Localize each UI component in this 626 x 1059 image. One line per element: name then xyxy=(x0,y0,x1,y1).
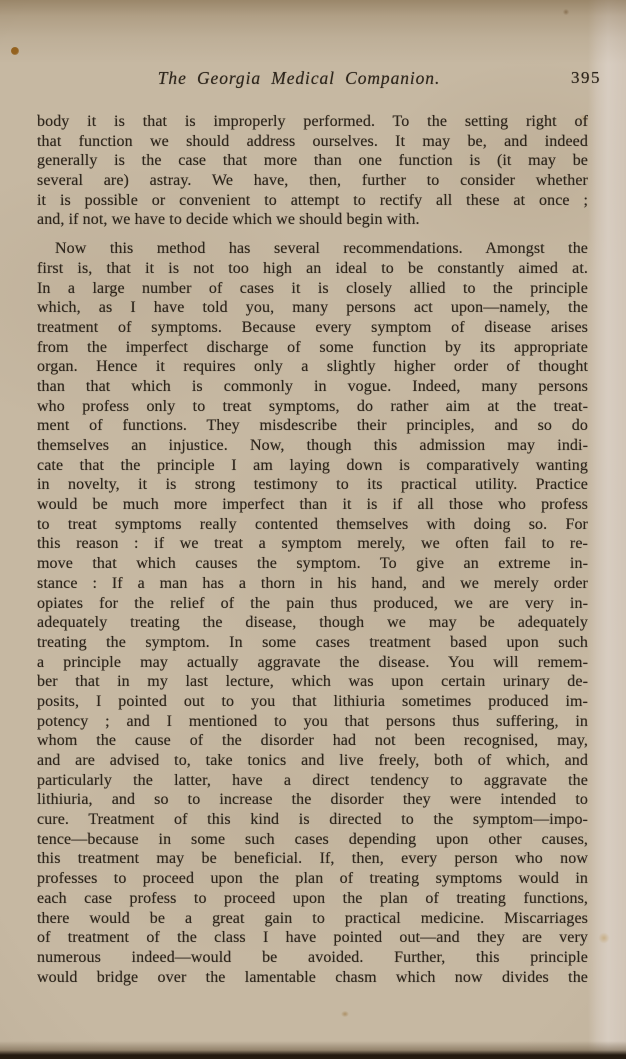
text-line: this reason : if we treat a symptom mere… xyxy=(37,534,588,554)
text-line: ber that in my last lecture, which was u… xyxy=(37,672,588,692)
text-line: there would be a great gain to practical… xyxy=(37,909,588,929)
page-number: 395 xyxy=(571,66,601,90)
text-line: and are advised to, take tonics and live… xyxy=(37,751,588,771)
text-line: treatment of symptoms. Because every sym… xyxy=(37,318,588,338)
text-line: adequately treating the disease, though … xyxy=(37,613,588,633)
foxing-dot xyxy=(11,47,19,55)
text-line: cure. Treatment of this kind is directed… xyxy=(37,810,588,830)
text-line: potency ; and I mentioned to you that pe… xyxy=(37,712,588,732)
text-line: particularly the latter, have a direct t… xyxy=(37,771,588,791)
text-line: body it is that is improperly performed.… xyxy=(37,112,588,132)
text-line: ment of functions. They misdescribe thei… xyxy=(37,416,588,436)
text-line: from the imperfect discharge of some fun… xyxy=(37,338,588,358)
text-line: first is, that it is not too high an ide… xyxy=(37,259,588,279)
text-line: treating the symptom. In some cases trea… xyxy=(37,633,588,653)
paragraph: Now this method has several recommendati… xyxy=(37,239,588,987)
journal-title: The Georgia Medical Companion. xyxy=(37,66,561,90)
text-line: organ. Hence it requires only a slightly… xyxy=(37,357,588,377)
text-line: whom the cause of the disorder had not b… xyxy=(37,731,588,751)
running-header: The Georgia Medical Companion. 395 xyxy=(37,66,588,92)
text-line: generally is the case that more than one… xyxy=(37,151,588,171)
text-line: would bridge over the lamentable chasm w… xyxy=(37,968,588,988)
text-line: cate that the principle I am laying down… xyxy=(37,456,588,476)
text-line: posits, I pointed out to you that lithiu… xyxy=(37,692,588,712)
text-line: it is possible or convenient to attempt … xyxy=(37,191,588,211)
text-line: than that which is commonly in vogue. In… xyxy=(37,377,588,397)
text-line: who profess only to treat symptoms, do r… xyxy=(37,397,588,417)
text-line: opiates for the relief of the pain thus … xyxy=(37,594,588,614)
paragraph: body it is that is improperly performed.… xyxy=(37,112,588,230)
text-line: Now this method has several recommendati… xyxy=(37,239,588,259)
text-line: stance : If a man has a thorn in his han… xyxy=(37,574,588,594)
text-line: move that which causes the symptom. To g… xyxy=(37,554,588,574)
text-line: which, as I have told you, many persons … xyxy=(37,298,588,318)
text-line: would be much more imperfect than it is … xyxy=(37,495,588,515)
text-line: several are) astray. We have, then, furt… xyxy=(37,171,588,191)
text-line: professes to proceed upon the plan of tr… xyxy=(37,869,588,889)
book-page-scan: The Georgia Medical Companion. 395 body … xyxy=(0,0,626,1059)
text-line: and, if not, we have to decide which we … xyxy=(37,210,588,230)
text-line: tence—because in some such cases dependi… xyxy=(37,830,588,850)
text-line: In a large number of cases it is closely… xyxy=(37,279,588,299)
text-line: in novelty, it is strong testimony to it… xyxy=(37,475,588,495)
page-body: body it is that is improperly performed.… xyxy=(37,112,588,987)
text-line: to treat symptoms really contented thems… xyxy=(37,515,588,535)
text-line: lithiuria, and so to increase the disord… xyxy=(37,790,588,810)
text-line: themselves an injustice. Now, though thi… xyxy=(37,436,588,456)
text-line: each case profess to proceed upon the pl… xyxy=(37,889,588,909)
text-line: a principle may actually aggravate the d… xyxy=(37,653,588,673)
text-line: that function we should address ourselve… xyxy=(37,132,588,152)
text-line: of treatment of the class I have pointed… xyxy=(37,928,588,948)
text-line: this treatment may be beneficial. If, th… xyxy=(37,849,588,869)
text-line: numerous indeed—would be avoided. Furthe… xyxy=(37,948,588,968)
